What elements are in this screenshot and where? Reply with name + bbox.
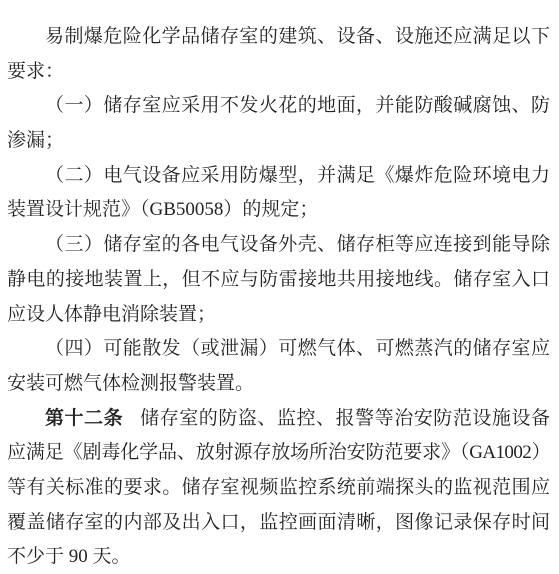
line-text: 等有关标准的要求。储存室视频监控系统前端探头的监视范围应 <box>7 477 550 498</box>
text-line: 要求： <box>7 55 550 90</box>
text-line: 第十二条储存室的防盗、监控、报警等治安防范设施设备 <box>7 402 550 437</box>
text-line: 易制爆危险化学品储存室的建筑、设备、设施还应满足以下 <box>7 20 550 55</box>
text-line: （一）储存室应采用不发火花的地面，并能防酸碱腐蚀、防 <box>7 89 550 124</box>
line-text: 渗漏； <box>7 130 64 151</box>
line-text: 不少于 90 天。 <box>7 546 131 567</box>
line-text: 应满足《剧毒化学品、放射源存放场所治安防范要求》（GA1002） <box>7 442 550 463</box>
text-line: （二）电气设备应采用防爆型，并满足《爆炸危险环境电力 <box>7 159 550 194</box>
text-line: 安装可燃气体检测报警装置。 <box>7 367 550 402</box>
text-line: 覆盖储存室的内部及出入口，监控画面清晰，图像记录保存时间 <box>7 506 550 541</box>
line-text: 易制爆危险化学品储存室的建筑、设备、设施还应满足以下 <box>45 26 550 47</box>
text-line: 应设人体静电消除装置； <box>7 298 550 333</box>
document-page: 易制爆危险化学品储存室的建筑、设备、设施还应满足以下要求：（一）储存室应采用不发… <box>0 0 559 574</box>
line-text: （一）储存室应采用不发火花的地面，并能防酸碱腐蚀、防 <box>45 95 550 116</box>
text-line: 装置设计规范》（GB50058）的规定； <box>7 193 550 228</box>
line-text: 静电的接地装置上，但不应与防雷接地共用接地线。储存室入口 <box>7 269 550 290</box>
article-number: 第十二条 <box>45 408 123 429</box>
text-line: 静电的接地装置上，但不应与防雷接地共用接地线。储存室入口 <box>7 263 550 298</box>
line-text: 要求： <box>7 61 64 82</box>
text-line: 等有关标准的要求。储存室视频监控系统前端探头的监视范围应 <box>7 471 550 506</box>
text-line: （三）储存室的各电气设备外壳、储存柜等应连接到能导除 <box>7 228 550 263</box>
text-line: 应满足《剧毒化学品、放射源存放场所治安防范要求》（GA1002） <box>7 436 550 471</box>
line-text: （四）可能散发（或泄漏）可燃气体、可燃蒸汽的储存室应 <box>45 338 550 359</box>
text-line: （四）可能散发（或泄漏）可燃气体、可燃蒸汽的储存室应 <box>7 332 550 367</box>
line-text: 安装可燃气体检测报警装置。 <box>7 373 254 394</box>
line-text: 应设人体静电消除装置； <box>7 304 216 325</box>
line-text: 储存室的防盗、监控、报警等治安防范设施设备 <box>140 408 550 429</box>
line-text: （二）电气设备应采用防爆型，并满足《爆炸危险环境电力 <box>45 165 550 186</box>
line-text: 装置设计规范》（GB50058）的规定； <box>7 199 318 220</box>
document-text-block: 易制爆危险化学品储存室的建筑、设备、设施还应满足以下要求：（一）储存室应采用不发… <box>7 20 550 574</box>
text-line: 渗漏； <box>7 124 550 159</box>
line-text: 覆盖储存室的内部及出入口，监控画面清晰，图像记录保存时间 <box>7 512 550 533</box>
text-line: 不少于 90 天。 <box>7 540 550 574</box>
line-text: （三）储存室的各电气设备外壳、储存柜等应连接到能导除 <box>45 234 550 255</box>
